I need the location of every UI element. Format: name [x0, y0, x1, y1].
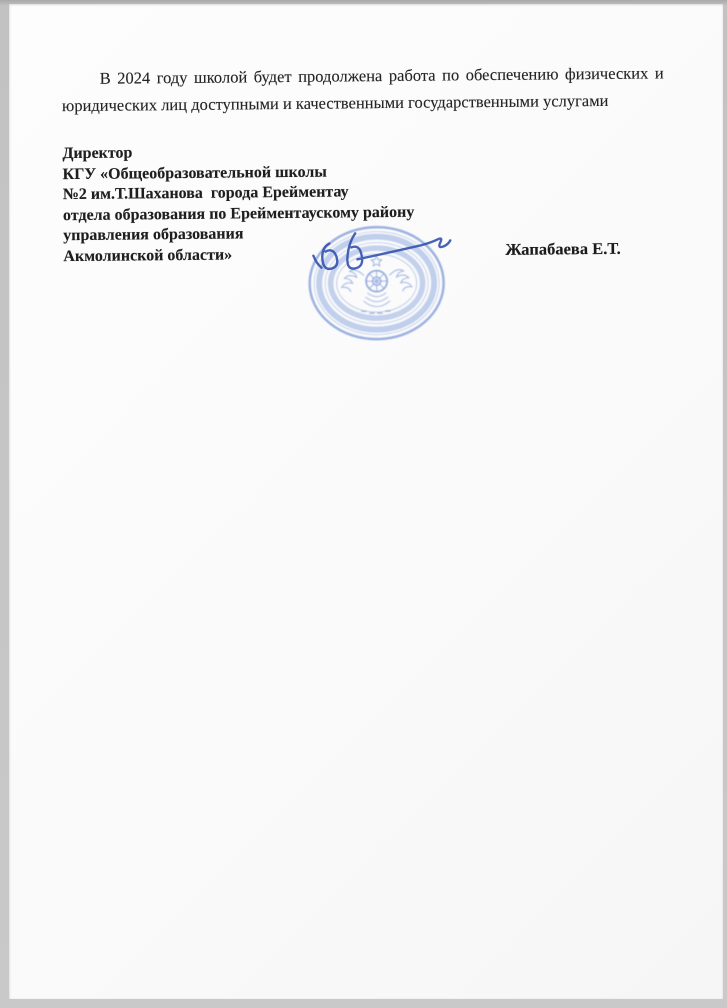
page-content: В 2024 году школой будет продолжена рабо… — [5, 0, 727, 1000]
signer-name: Жапабаева Е.Т. — [505, 239, 621, 260]
scanned-photo-background: В 2024 году школой будет продолжена рабо… — [0, 0, 727, 1008]
handwritten-signature — [303, 220, 472, 286]
document-page: В 2024 году школой будет продолжена рабо… — [9, 4, 723, 999]
body-paragraph: В 2024 году школой будет продолжена рабо… — [62, 59, 664, 119]
